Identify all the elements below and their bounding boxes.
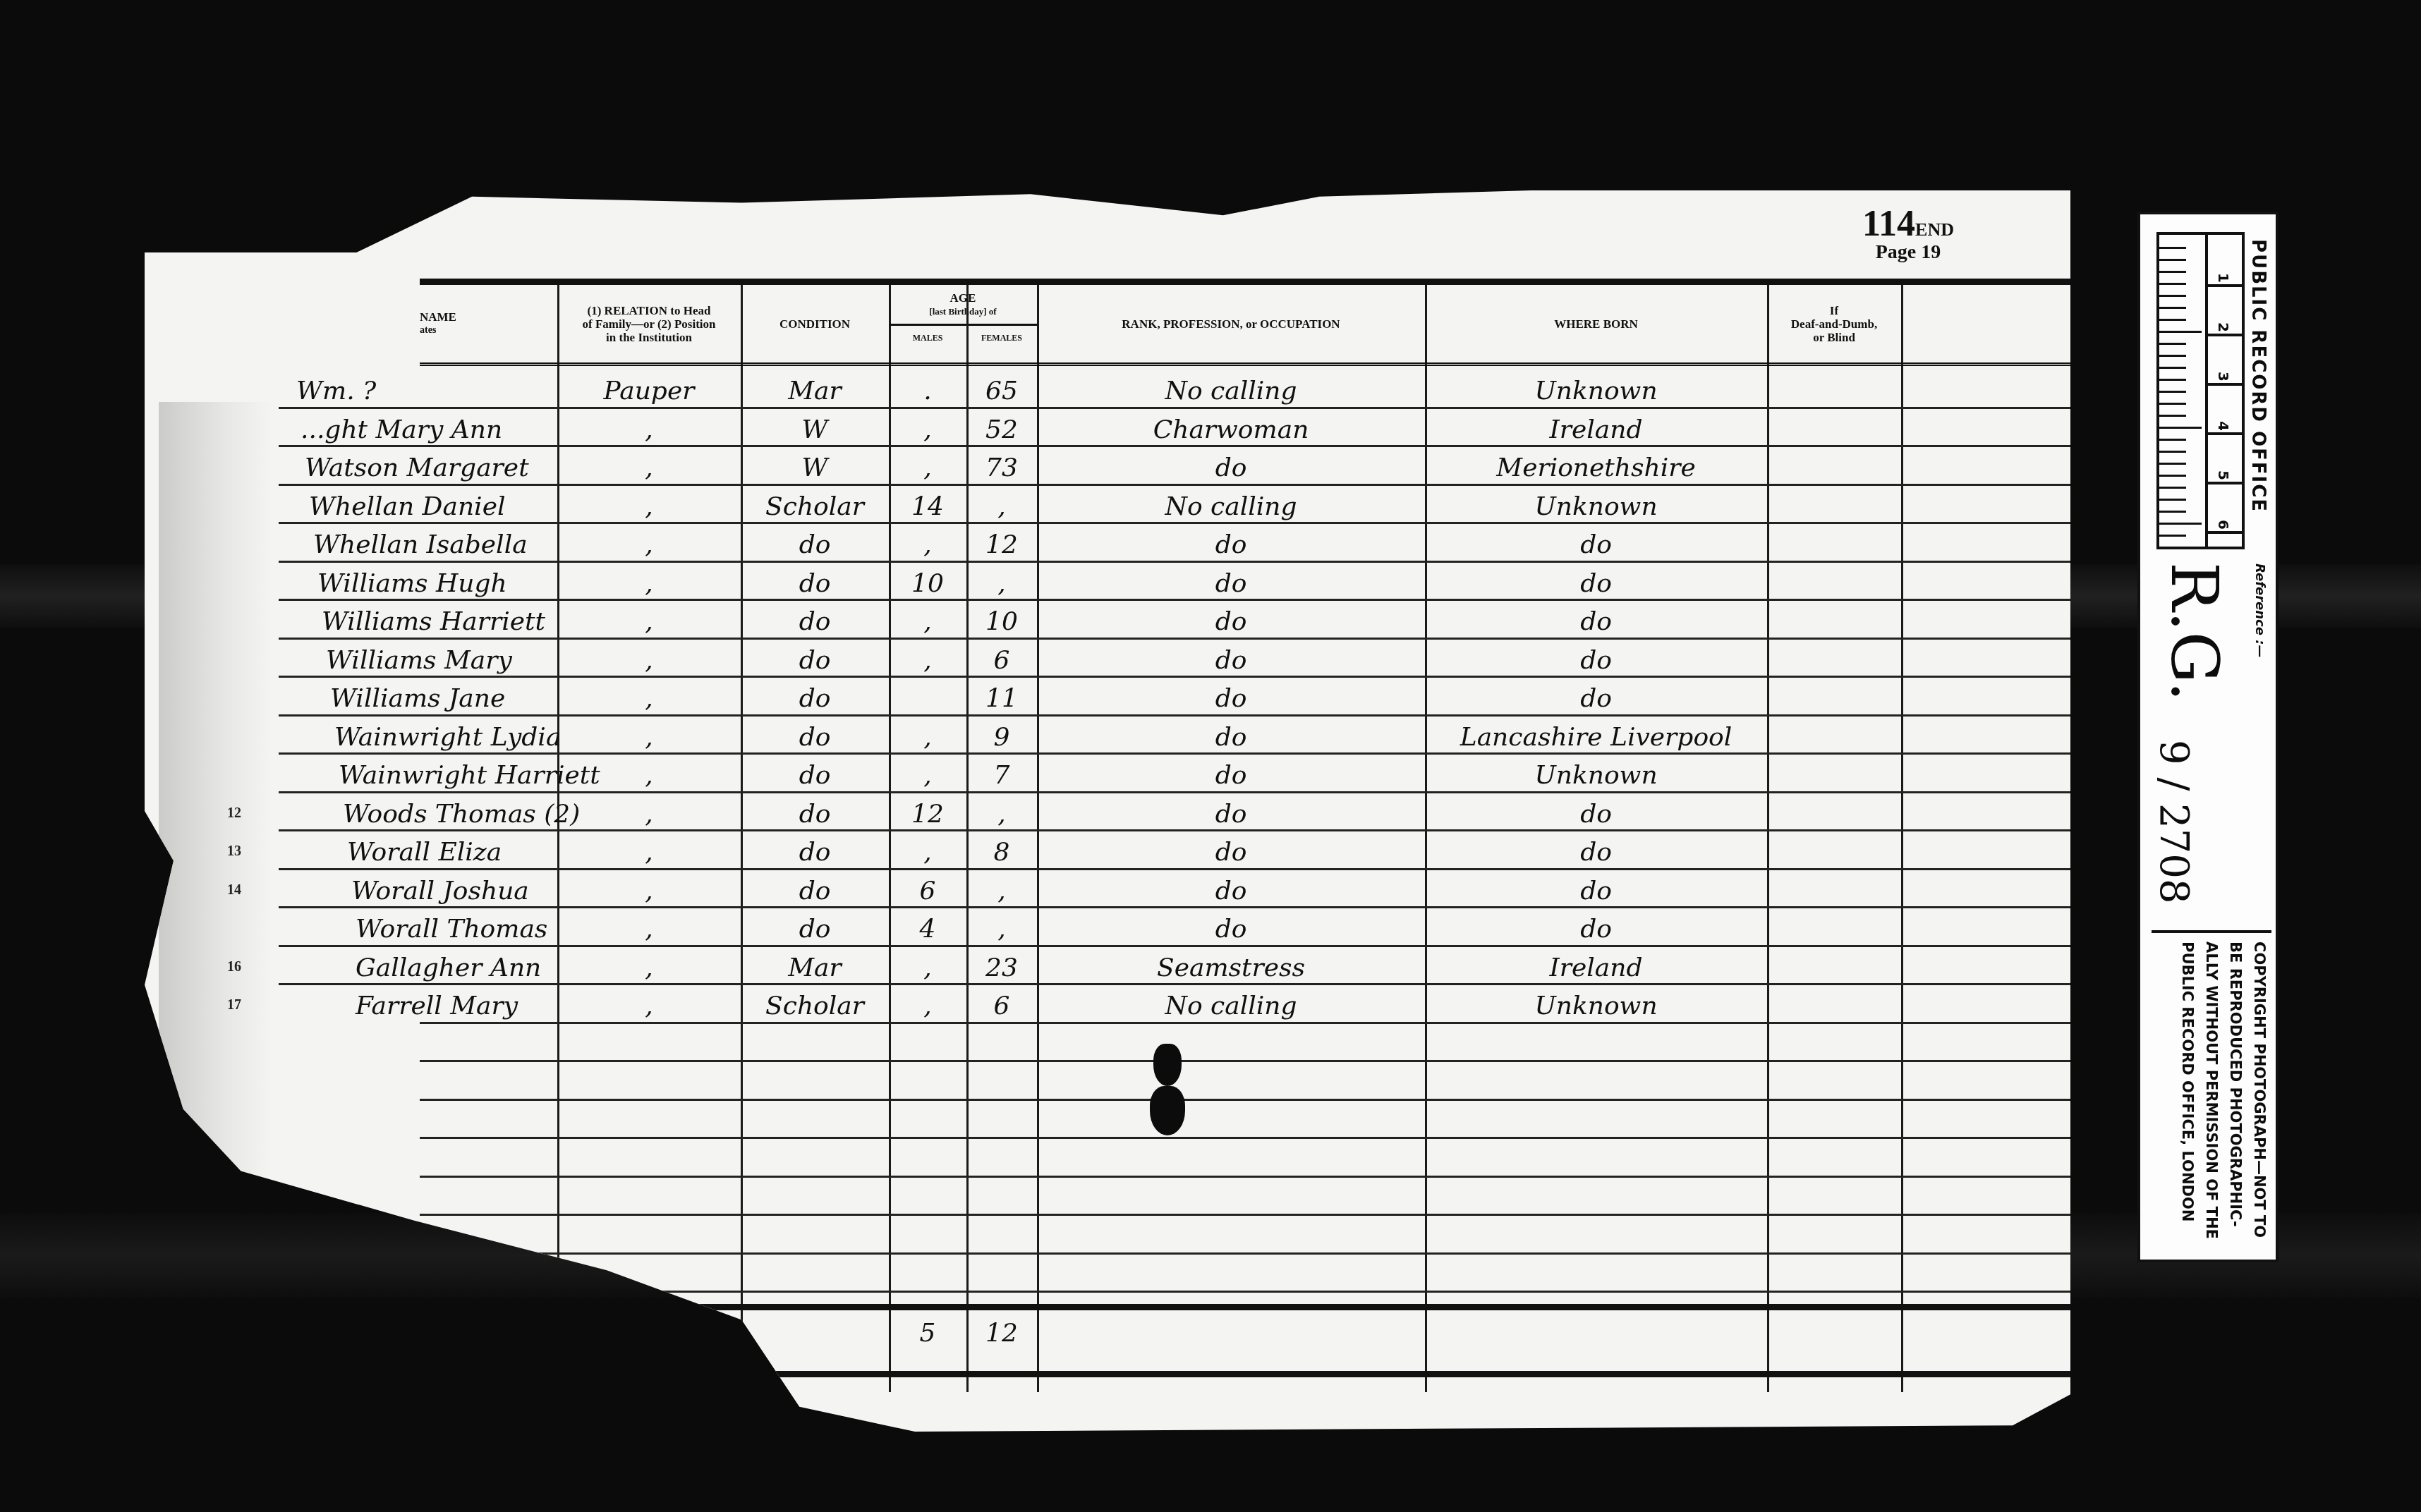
ruler-minor-tick: [2159, 391, 2186, 393]
ruler-tick: [2208, 383, 2242, 386]
cell-age-female: 52: [966, 411, 1037, 449]
cell-age-female: ,: [966, 872, 1037, 910]
cell-where-born: Unknown: [1425, 757, 1767, 795]
ruler-minor-tick: [2159, 475, 2186, 477]
cell-relation: Pauper: [557, 372, 741, 410]
cell-age-female: ,: [966, 795, 1037, 834]
cell-age-female: 6: [966, 642, 1037, 680]
copyright-notice: COPYRIGHT PHOTOGRAPH—NOT TO BE REPRODUCE…: [2152, 930, 2271, 1251]
ruler-minor-tick: [2159, 379, 2186, 381]
cell-occupation: do: [1037, 834, 1425, 872]
cell-age-male: 10: [889, 565, 966, 603]
header-rule: [420, 362, 2134, 366]
reference-slip: PUBLIC RECORD OFFICE 123456 Reference :—…: [2137, 212, 2279, 1262]
cell-age-female: 23: [966, 949, 1037, 987]
cell-where-born: Ireland: [1425, 411, 1767, 449]
cell-name: Watson Margaret: [268, 449, 601, 487]
ruler-minor-tick: [2159, 499, 2186, 501]
cell-condition: do: [741, 680, 889, 718]
cell-occupation: do: [1037, 872, 1425, 910]
ruler-minor-tick: [2159, 307, 2186, 309]
cell-condition: do: [741, 872, 889, 910]
ink-blot: [1153, 1044, 1182, 1086]
cell-where-born: Unknown: [1425, 488, 1767, 526]
header-condition: CONDITION: [741, 285, 889, 362]
cell-where-born: do: [1425, 910, 1767, 949]
row-rule: [420, 1291, 2134, 1293]
cell-occupation: do: [1037, 526, 1425, 564]
cell-age-male: ,: [889, 526, 966, 564]
ruler-minor-tick: [2159, 355, 2186, 357]
totals-label: Males and Females ..: [561, 1327, 712, 1346]
cell-relation: ,: [557, 526, 741, 564]
cell-age-female: ,: [966, 910, 1037, 949]
ruler-minor-tick: [2159, 463, 2186, 465]
cell-condition: Scholar: [741, 488, 889, 526]
cell-condition: do: [741, 565, 889, 603]
cell-occupation: do: [1037, 757, 1425, 795]
row-rule: [420, 1176, 2134, 1178]
cell-age-male: ,: [889, 719, 966, 757]
cell-age-male: ,: [889, 949, 966, 987]
cell-where-born: do: [1425, 834, 1767, 872]
header-name-sub: ates: [420, 324, 436, 337]
cell-name: ...ght Mary Ann: [268, 411, 597, 449]
cell-age-male: [889, 680, 966, 718]
cell-age-male: ,: [889, 411, 966, 449]
ruler-tick: [2208, 432, 2242, 435]
cell-occupation: do: [1037, 719, 1425, 757]
cell-occupation: Charwoman: [1037, 411, 1425, 449]
cell-age-male: 14: [889, 488, 966, 526]
cell-name: Whellan Daniel: [268, 488, 605, 526]
totals-rule-bottom: [420, 1371, 2134, 1377]
cell-occupation: do: [1037, 603, 1425, 641]
row-number: 14: [222, 882, 246, 898]
ruler-number: 3: [2215, 372, 2232, 382]
cell-condition: W: [741, 449, 889, 487]
cell-age-female: 73: [966, 449, 1037, 487]
column-rule: [1901, 285, 1903, 1392]
row-number: 13: [222, 843, 246, 860]
ruler-number: 2: [2215, 322, 2232, 332]
cell-age-female: 11: [966, 680, 1037, 718]
cell-where-born: do: [1425, 642, 1767, 680]
cell-where-born: do: [1425, 603, 1767, 641]
cell-relation: ,: [557, 987, 741, 1025]
ruler-number: 1: [2215, 273, 2232, 283]
cell-relation: ,: [557, 411, 741, 449]
cell-condition: do: [741, 910, 889, 949]
cell-age-female: 65: [966, 372, 1037, 410]
ruler-minor-tick: [2159, 283, 2186, 285]
cell-age-male: ,: [889, 987, 966, 1025]
cell-age-female: ,: [966, 488, 1037, 526]
cell-age-female: 8: [966, 834, 1037, 872]
folio-suffix: END: [1915, 219, 1954, 240]
copyright-line: COPYRIGHT PHOTOGRAPH—NOT TO: [2247, 941, 2271, 1251]
cell-condition: do: [741, 719, 889, 757]
cell-occupation: do: [1037, 795, 1425, 834]
header-relation-line: in the Institution: [606, 331, 692, 344]
cell-where-born: Ireland: [1425, 949, 1767, 987]
ruler-minor-tick: [2159, 295, 2186, 297]
cell-relation: ,: [557, 757, 741, 795]
header-females: FEMALES: [966, 333, 1037, 343]
cell-age-male: 6: [889, 872, 966, 910]
cell-relation: ,: [557, 910, 741, 949]
row-rule: [420, 1214, 2134, 1216]
cell-condition: do: [741, 795, 889, 834]
cell-name: Wm. ?: [268, 372, 593, 410]
total-males: 5: [889, 1315, 966, 1353]
ruler-minor-tick: [2159, 319, 2186, 321]
cell-relation: ,: [557, 680, 741, 718]
row-rule: [420, 1099, 2134, 1101]
cell-condition: do: [741, 526, 889, 564]
ruler-tick: [2208, 334, 2242, 336]
cell-relation: ,: [557, 449, 741, 487]
cell-occupation: do: [1037, 910, 1425, 949]
cell-age-male: ,: [889, 757, 966, 795]
row-rule: [420, 1137, 2134, 1139]
ruler-minor-tick: [2159, 259, 2186, 261]
header-age-label: AGE: [950, 291, 976, 305]
cell-relation: ,: [557, 565, 741, 603]
cell-age-male: ,: [889, 642, 966, 680]
cell-age-female: 6: [966, 987, 1037, 1025]
cell-relation: ,: [557, 488, 741, 526]
ruler-tick: [2208, 284, 2242, 287]
header-condition-label: CONDITION: [779, 317, 850, 331]
cell-where-born: do: [1425, 565, 1767, 603]
cell-condition: Mar: [741, 949, 889, 987]
cell-where-born: do: [1425, 526, 1767, 564]
ruler: 123456: [2156, 232, 2245, 549]
header-occupation-label: RANK, PROFESSION, or OCCUPATION: [1122, 317, 1340, 331]
row-rule: [420, 1252, 2134, 1255]
cell-condition: do: [741, 757, 889, 795]
row-rule: [420, 1060, 2134, 1062]
cell-age-female: ,: [966, 565, 1037, 603]
header-relation-line: of Family—or (2) Position: [582, 317, 715, 331]
header-relation-line: (1) RELATION to Head: [588, 304, 711, 317]
cell-where-born: do: [1425, 872, 1767, 910]
cell-relation: ,: [557, 795, 741, 834]
ruler-minor-tick: [2159, 451, 2186, 453]
header-occupation: RANK, PROFESSION, or OCCUPATION: [1037, 285, 1425, 362]
ruler-minor-tick: [2159, 511, 2186, 513]
cell-relation: ,: [557, 603, 741, 641]
census-table: NAME ates (1) RELATION to Head of Family…: [420, 279, 2140, 1392]
ruler-minor-tick: [2159, 403, 2186, 405]
cell-where-born: Lancashire Liverpool: [1425, 719, 1767, 757]
ruler-minor-tick: [2159, 427, 2202, 429]
cell-where-born: do: [1425, 795, 1767, 834]
cell-condition: do: [741, 642, 889, 680]
ruler-minor-tick: [2159, 247, 2186, 249]
header-age: AGE [last Birthday] of: [889, 285, 1037, 324]
ruler-number: 6: [2215, 520, 2232, 530]
cell-occupation: do: [1037, 565, 1425, 603]
header-name-label: NAME: [420, 310, 456, 324]
header-infirmity-line: If: [1830, 304, 1838, 317]
cell-occupation: No calling: [1037, 372, 1425, 410]
cell-relation: ,: [557, 642, 741, 680]
header-name: NAME ates: [420, 285, 554, 362]
ruler-minor-tick: [2159, 487, 2186, 489]
page-label: Page 19: [1831, 243, 1986, 262]
ruler-minor-tick: [2159, 343, 2186, 345]
header-infirmity-line: Deaf-and-Dumb,: [1791, 317, 1877, 331]
cell-occupation: do: [1037, 680, 1425, 718]
cell-age-female: 9: [966, 719, 1037, 757]
row-number: 12: [222, 805, 246, 822]
cell-relation: ,: [557, 719, 741, 757]
cell-condition: do: [741, 834, 889, 872]
ruler-minor-tick: [2159, 535, 2186, 537]
ruler-minor-tick: [2159, 367, 2186, 369]
cell-age-female: 7: [966, 757, 1037, 795]
cell-condition: do: [741, 603, 889, 641]
cell-age-female: 12: [966, 526, 1037, 564]
cell-age-male: ,: [889, 603, 966, 641]
cell-where-born: Merionethshire: [1425, 449, 1767, 487]
ruler-minor-tick: [2159, 415, 2186, 417]
cell-relation: ,: [557, 949, 741, 987]
cell-age-male: 4: [889, 910, 966, 949]
total-females: 12: [966, 1315, 1037, 1353]
cell-relation: ,: [557, 872, 741, 910]
cell-age-male: ,: [889, 834, 966, 872]
cell-occupation: No calling: [1037, 488, 1425, 526]
ruler-minor-tick: [2159, 439, 2186, 441]
cell-occupation: Seamstress: [1037, 949, 1425, 987]
cell-where-born: Unknown: [1425, 372, 1767, 410]
ruler-number: 5: [2215, 470, 2232, 480]
header-relation: (1) RELATION to Head of Family—or (2) Po…: [557, 285, 741, 362]
cell-condition: W: [741, 411, 889, 449]
header-where-born-label: WHERE BORN: [1554, 317, 1638, 331]
reference-series: R.G.: [2156, 562, 2232, 702]
header-infirmity: If Deaf-and-Dumb, or Blind: [1767, 285, 1901, 362]
header-age-sub: [last Birthday] of: [929, 305, 996, 318]
folio-number: 114: [1862, 204, 1915, 244]
ruler-tick: [2208, 482, 2242, 484]
row-number: 16: [222, 959, 246, 975]
header-infirmity-line: or Blind: [1813, 331, 1855, 344]
column-rule: [1767, 285, 1769, 1392]
cell-condition: Mar: [741, 372, 889, 410]
copyright-line: ALLY WITHOUT PERMISSION OF THE: [2199, 941, 2223, 1251]
ruler-minor-tick: [2159, 523, 2202, 525]
cell-occupation: do: [1037, 449, 1425, 487]
cell-where-born: Unknown: [1425, 987, 1767, 1025]
folio-stamp: 114END Page 19: [1831, 206, 1986, 262]
ruler-tick: [2208, 531, 2242, 534]
header-males: MALES: [889, 333, 966, 343]
reference-slip-content: PUBLIC RECORD OFFICE 123456 Reference :—…: [2147, 225, 2274, 1255]
cell-age-male: .: [889, 372, 966, 410]
age-subrule: [889, 324, 1037, 326]
cell-condition: Scholar: [741, 987, 889, 1025]
cell-occupation: do: [1037, 642, 1425, 680]
totals-rule-top: [420, 1304, 2134, 1310]
header-where-born: WHERE BORN: [1425, 285, 1767, 362]
ink-blot: [1150, 1086, 1185, 1135]
ruler-minor-tick: [2159, 331, 2202, 333]
cell-relation: ,: [557, 834, 741, 872]
ruler-minor-tick: [2159, 271, 2186, 273]
slip-title: PUBLIC RECORD OFFICE: [2247, 239, 2269, 513]
ruler-number: 4: [2215, 421, 2232, 431]
row-number: 17: [222, 997, 246, 1013]
cell-age-male: 12: [889, 795, 966, 834]
reference-label: Reference :—: [2252, 563, 2267, 657]
copyright-line: BE REPRODUCED PHOTOGRAPHIC-: [2223, 941, 2247, 1251]
cell-age-male: ,: [889, 449, 966, 487]
cell-where-born: do: [1425, 680, 1767, 718]
copyright-line: PUBLIC RECORD OFFICE, LONDON: [2176, 941, 2199, 1251]
cell-age-female: 10: [966, 603, 1037, 641]
cell-occupation: No calling: [1037, 987, 1425, 1025]
reference-piece: 9 / 2708: [2151, 740, 2197, 904]
